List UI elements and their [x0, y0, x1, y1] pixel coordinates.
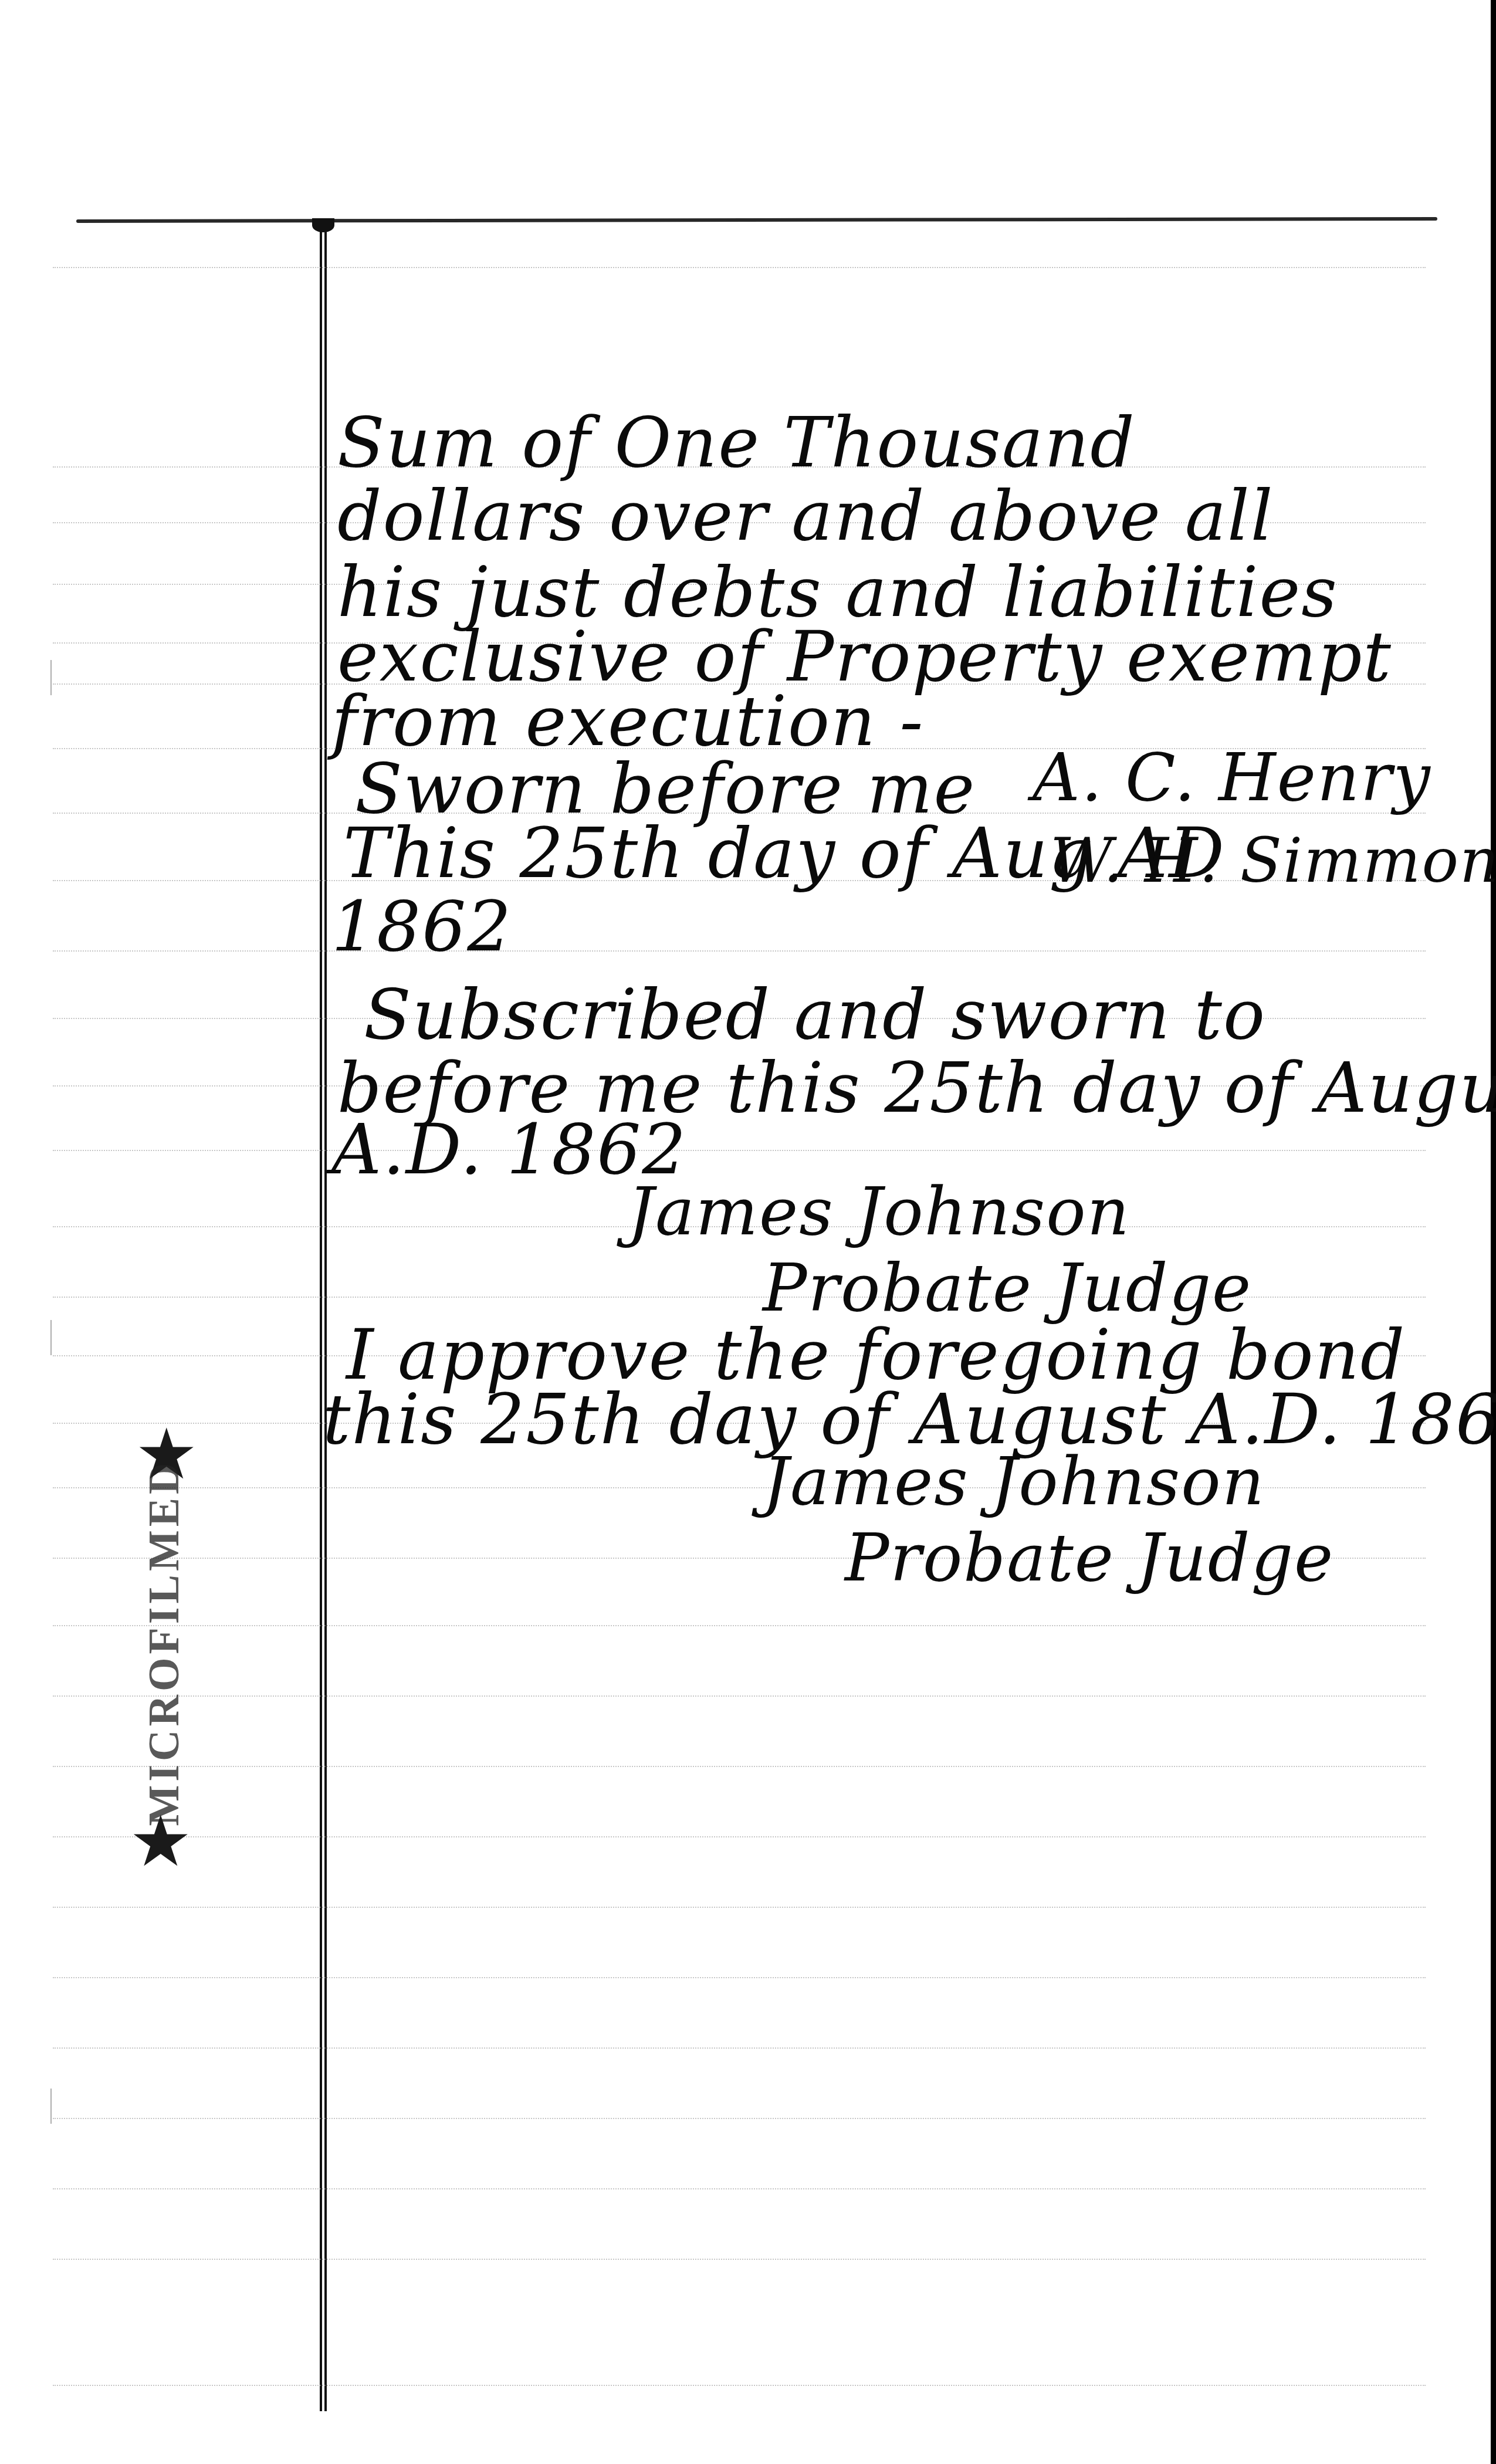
document-page: ★ MICROFILMED ★ Sum of One Thousand doll… — [0, 0, 1496, 2464]
ruled-line — [53, 1977, 1426, 1978]
subscription-line-1: Subscribed and sworn to — [364, 980, 1266, 1049]
margin-tick — [50, 2089, 52, 2124]
ruled-line — [53, 1695, 1426, 1697]
ruled-line — [53, 2188, 1426, 2189]
ruled-line — [53, 2259, 1426, 2260]
signature-ac-henry: A. C. Henry — [1033, 745, 1431, 811]
jurat-year-line: 1862 — [331, 892, 512, 961]
ruled-line — [53, 267, 1426, 268]
ruled-line — [53, 1766, 1426, 1767]
scanner-edge-strip — [1491, 0, 1496, 2464]
top-rule-line — [76, 217, 1437, 223]
signature-w-h-simmons: W. H. Simmons — [1050, 830, 1496, 891]
margin-tick — [50, 1320, 52, 1355]
ruled-line — [53, 2385, 1426, 2386]
star-icon: ★ — [129, 1807, 192, 1877]
ruled-line — [53, 1836, 1426, 1837]
stamp-text: MICROFILMED — [140, 1459, 189, 1826]
ruled-line — [53, 1625, 1426, 1626]
ruled-line — [53, 2118, 1426, 2119]
margin-tick — [50, 660, 52, 695]
signature-james-johnson-2: James Johnson — [763, 1449, 1265, 1515]
title-probate-judge-1: Probate Judge — [763, 1255, 1252, 1321]
ruled-line — [53, 950, 1426, 952]
ruled-line — [53, 1907, 1426, 1908]
title-probate-judge-2: Probate Judge — [845, 1525, 1334, 1591]
microfilmed-stamp: ★ MICROFILMED ★ — [106, 1420, 223, 1889]
signature-james-johnson-1: James Johnson — [628, 1179, 1131, 1245]
body-line-2: dollars over and above all — [337, 481, 1274, 550]
ruled-line — [53, 1150, 1426, 1151]
body-line-1: Sum of One Thousand — [337, 408, 1136, 477]
vertical-margin-line — [320, 223, 327, 2411]
ruled-line — [53, 2047, 1426, 2049]
body-line-5: from execution - — [331, 686, 924, 756]
